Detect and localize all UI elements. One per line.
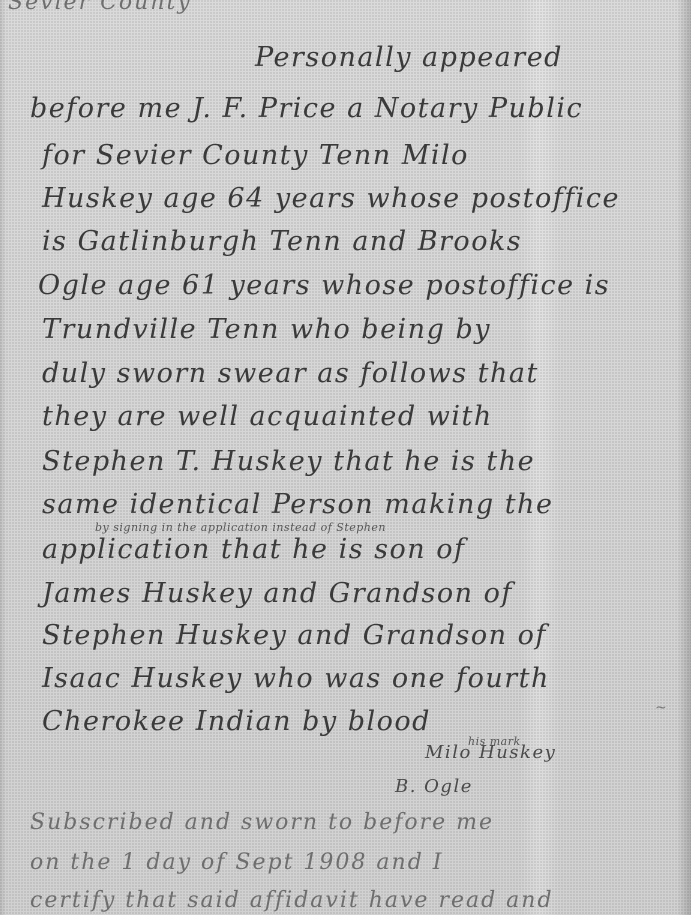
- body-line-9: they are well acquainted with: [42, 401, 493, 432]
- body-line-8: duly sworn swear as follows that: [42, 358, 539, 389]
- jurat-line-1: Subscribed and sworn to before me: [30, 810, 494, 835]
- body-line-3: for Sevier County Tenn Milo: [42, 140, 469, 171]
- margin-mark: ~: [655, 700, 668, 716]
- page-edge-shadow-right: [677, 0, 691, 915]
- body-line-1: Personally appeared: [255, 42, 563, 73]
- body-line-6: Ogle age 61 years whose postoffice is: [38, 270, 610, 301]
- body-line-4: Huskey age 64 years whose postoffice: [42, 183, 620, 214]
- body-line-7: Trundville Tenn who being by: [42, 314, 491, 345]
- body-line-14: Stephen Huskey and Grandson of: [42, 620, 547, 651]
- body-line-13: James Huskey and Grandson of: [42, 578, 513, 609]
- page-edge-shadow-left: [0, 0, 6, 915]
- body-line-2: before me J. F. Price a Notary Public: [30, 93, 583, 124]
- county-header: Sevier County: [8, 0, 192, 15]
- interlineation: by signing in the application instead of…: [95, 521, 386, 534]
- signature-b-ogle: B. Ogle: [395, 776, 473, 797]
- body-line-10: Stephen T. Huskey that he is the: [42, 446, 535, 477]
- body-line-16: Cherokee Indian by blood: [42, 706, 431, 737]
- jurat-line-2: on the 1 day of Sept 1908 and I: [30, 850, 443, 875]
- body-line-15: Isaac Huskey who was one fourth: [42, 663, 550, 694]
- document-page: Sevier County Personally appeared before…: [0, 0, 691, 915]
- body-line-5: is Gatlinburgh Tenn and Brooks: [42, 226, 522, 257]
- signature-mark-note: his mark: [468, 735, 521, 748]
- jurat-line-3: certify that said affidavit have read an…: [30, 888, 554, 913]
- body-line-11: same identical Person making the: [42, 489, 553, 520]
- body-line-12: application that he is son of: [42, 534, 466, 565]
